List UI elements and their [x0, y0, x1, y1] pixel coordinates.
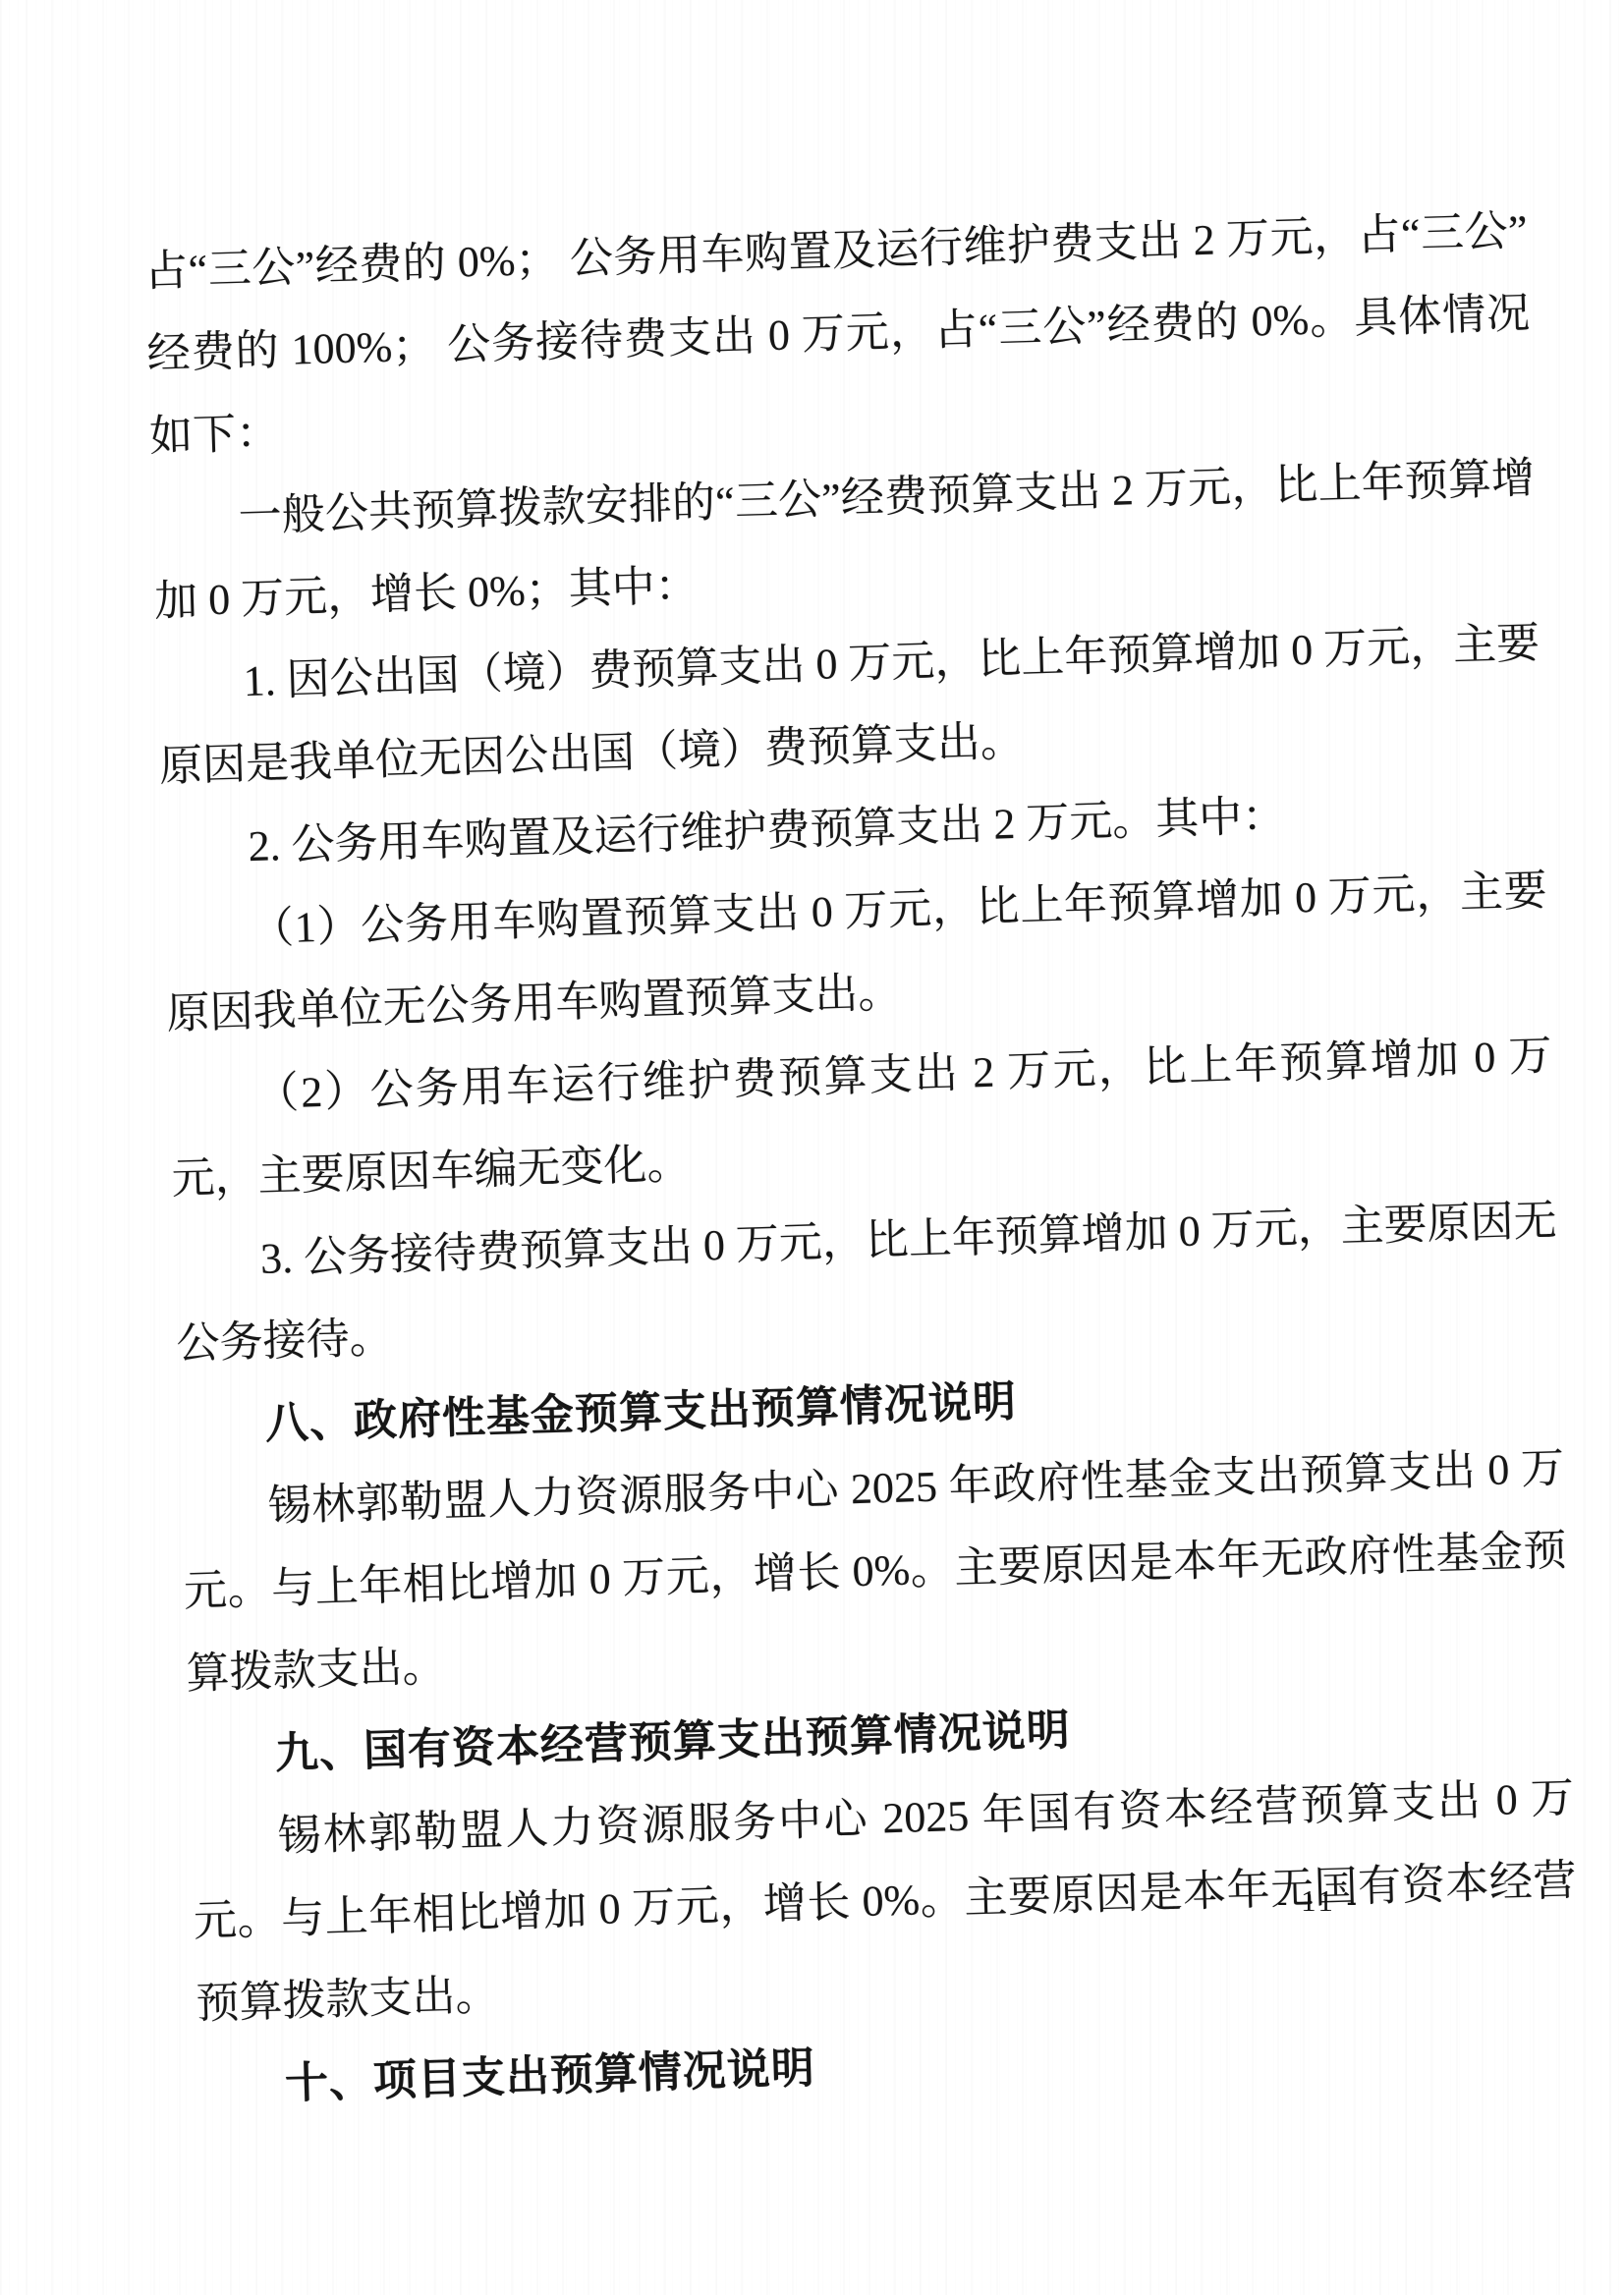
body-paragraph: 锡林郭勒盟人力资源服务中心 2025 年政府性基金支出预算支出 0 万元。与上年… [180, 1427, 1570, 1716]
document-body: 占“三公”经费的 0%； 公务用车购置及运行维护费支出 2 万元，占“三公”经费… [143, 190, 1583, 2128]
document-page: 占“三公”经费的 0%； 公务用车购置及运行维护费支出 2 万元，占“三公”经费… [0, 0, 1624, 2295]
page-number: - 11 - [1277, 1881, 1360, 1921]
body-paragraph: 锡林郭勒盟人力资源服务中心 2025 年国有资本经营预算支出 0 万元。与上年相… [190, 1758, 1580, 2046]
body-paragraph: 占“三公”经费的 0%； 公务用车购置及运行维护费支出 2 万元，占“三公”经费… [143, 190, 1534, 478]
